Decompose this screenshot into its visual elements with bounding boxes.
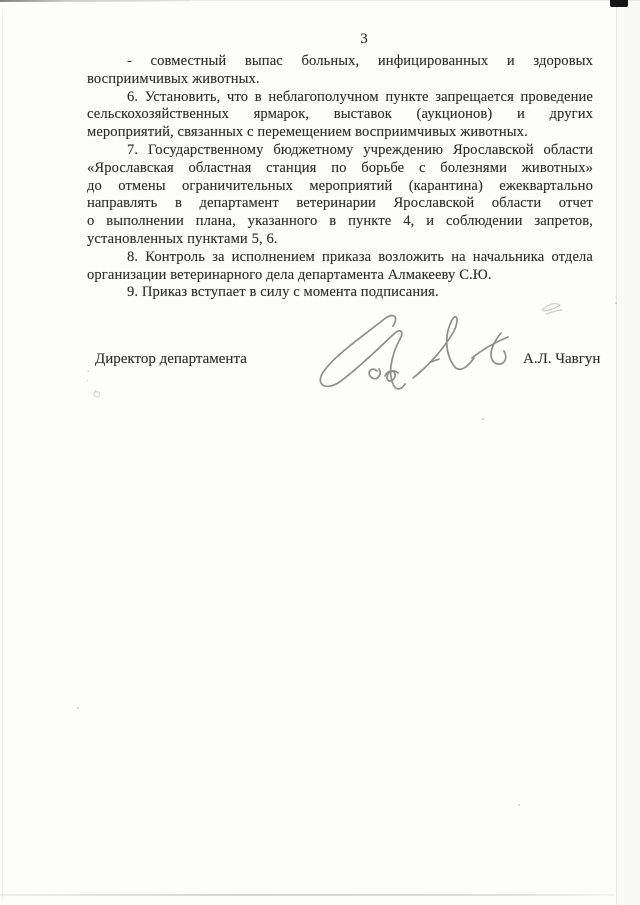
scan-edge-bottom [0,894,614,896]
page-number: 3 [87,30,593,48]
scan-speck [518,804,520,806]
signatory-title: Директор департамента [95,350,247,368]
text-line: «Ярославская областная станция по борьбе… [87,160,593,178]
document-body: - совместный выпас больных, инфицированн… [87,53,593,302]
scan-smudge [536,298,566,320]
text-line: восприимчивых животных. [87,71,593,89]
text-line: сельскохозяйственных ярмарок, выставок (… [87,106,593,124]
text-line: мероприятий, связанных с перемещением во… [87,124,593,142]
text-line: направлять в департамент ветеринарии Яро… [87,195,593,213]
text-line: 6. Установить, что в неблагополучном пун… [87,89,593,107]
scan-edge-left [2,10,3,900]
scan-speck [482,418,484,420]
scan-artifact-marks [84,368,106,400]
text-line: организации ветеринарного дела департаме… [87,267,593,285]
scanned-document-page: 3 - совместный выпас больных, инфицирова… [0,0,640,905]
signatory-name: А.Л. Чавгун [523,350,600,368]
scan-edge-top-left [0,0,190,2]
scan-edge-right [616,6,617,905]
text-line: установленных пунктами 5, 6. [87,231,593,249]
scan-speck [615,302,617,304]
text-line: 7. Государственному бюджетному учреждени… [87,142,593,160]
text-line: 8. Контроль за исполнением приказа возло… [87,249,593,267]
text-line: - совместный выпас больных, инфицированн… [87,53,593,71]
scan-speck [77,707,79,709]
text-line: до отмены ограничительных мероприятий (к… [87,178,593,196]
text-line: о выполнении плана, указанного в пункте … [87,213,593,231]
scan-edge-right-shade [617,0,640,905]
handwritten-signature-icon [303,292,515,404]
